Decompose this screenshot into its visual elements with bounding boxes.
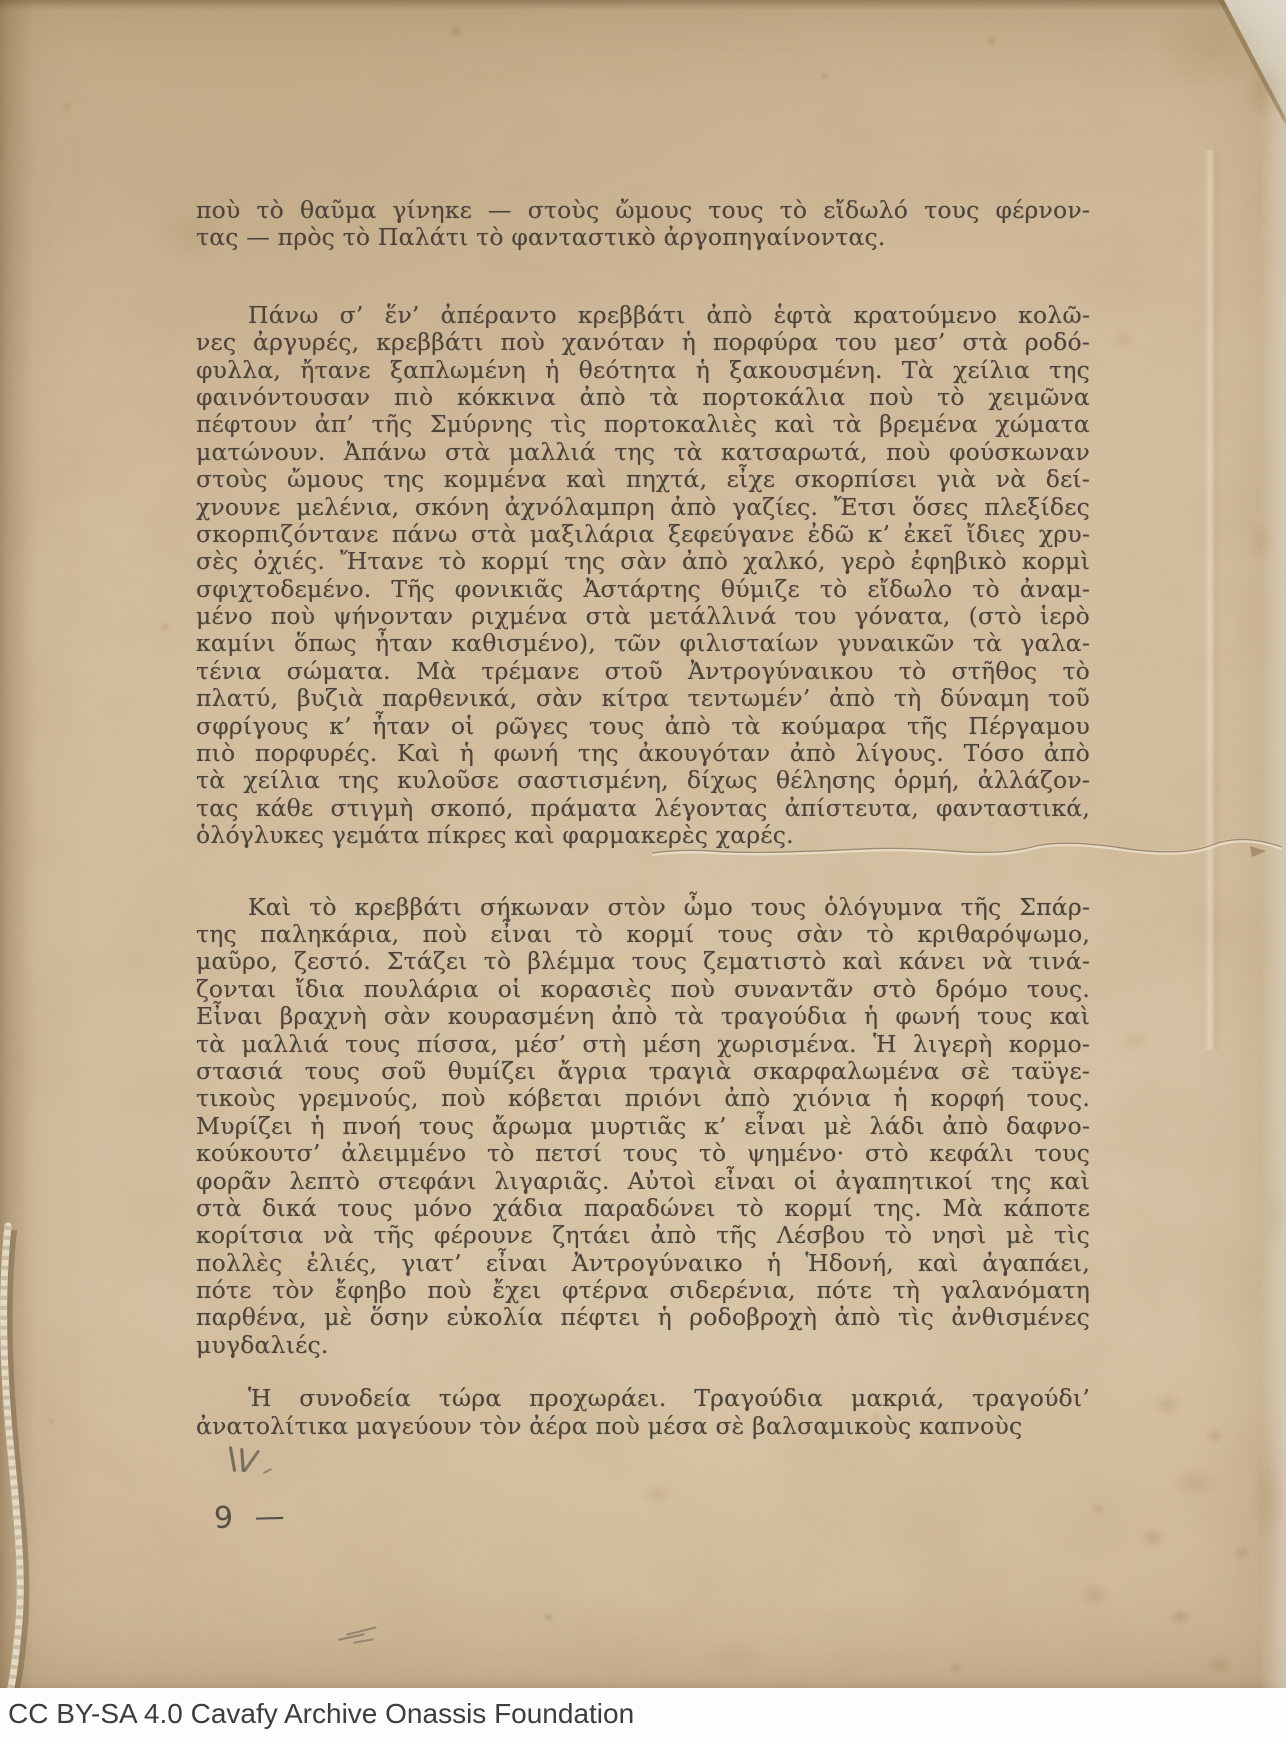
left-edge-shading bbox=[0, 0, 34, 1688]
text-line: παρθένα, μὲ ὅσην εὐκολία πέφτει ἡ ροδοβρ… bbox=[196, 1304, 1090, 1331]
text-line: ποὺ τὸ θαῦμα γίνηκε — στοὺς ὤμους τους τ… bbox=[196, 197, 1090, 224]
text-line: Εἶναι βραχνὴ σὰν κουρασμένη ἀπὸ τὰ τραγο… bbox=[196, 1003, 1090, 1030]
binding-thread bbox=[0, 1222, 44, 1692]
foxing-stain bbox=[60, 100, 74, 112]
pencil-scribble bbox=[263, 1468, 272, 1474]
foxing-stain bbox=[448, 24, 464, 38]
text-line: τένια σώματα. Μὰ τρέμανε στοῦ Ἀντρογύναι… bbox=[196, 658, 1090, 685]
foxing-stain bbox=[1090, 1502, 1106, 1516]
text-line: Ἡ συνοδεία τώρα προχωράει. Τραγούδια μακ… bbox=[196, 1385, 1090, 1412]
text-line: ὁλόγλυκες γεμάτα πίκρες καὶ φαρμακερὲς χ… bbox=[196, 822, 1090, 849]
text-line: πότε τὸν ἔφηβο ποὺ ἔχει φτέρνα σιδερένια… bbox=[196, 1277, 1090, 1304]
text-line: σφιχτοδεμένο. Τῆς φονικιᾶς Ἀστάρτης θύμι… bbox=[196, 576, 1090, 603]
foxing-stain bbox=[1205, 1655, 1233, 1675]
foxing-stain bbox=[640, 1482, 674, 1506]
page-number: 9 — bbox=[214, 1499, 292, 1536]
text-line: κορίτσια νὰ τῆς φέρουνε ζητάει ἀπὸ τῆς Λ… bbox=[196, 1222, 1090, 1249]
page-text: ποὺ τὸ θαῦμα γίνηκε — στοὺς ὤμους τους τ… bbox=[196, 197, 1090, 1440]
foxing-stain bbox=[160, 622, 170, 631]
text-line: χνουνε μελένια, σκόνη ἀχνόλαμπρη ἀπὸ γαζ… bbox=[196, 494, 1090, 521]
text-line: τὰ χείλια της κυλοῦσε σαστισμένη, δίχως … bbox=[196, 767, 1090, 794]
text-line: νες ἀργυρές, κρεββάτι ποὺ χανόταν ἡ πορφ… bbox=[196, 329, 1090, 356]
pencil-scribble bbox=[240, 1448, 245, 1472]
text-line: σκορπιζόντανε πάνω στὰ μαξιλάρια ξεφεύγα… bbox=[196, 521, 1090, 548]
foxing-stain bbox=[1172, 1466, 1218, 1500]
text-line: φυλλα, ἤτανε ξαπλωμένη ἡ θεότητα ἡ ξακου… bbox=[196, 357, 1090, 384]
text-line: μένο ποὺ ψήνονταν ριχμένα στὰ μετάλλινά … bbox=[196, 603, 1090, 630]
paragraph: Πάνω σ’ ἕν’ ἀπέραντο κρεββάτι ἀπὸ ἑφτὰ κ… bbox=[196, 302, 1090, 850]
foxing-stain bbox=[1262, 1180, 1286, 1250]
scratch-mark bbox=[338, 1633, 365, 1641]
right-edge-highlight bbox=[1260, 0, 1286, 1688]
foxing-stain bbox=[48, 1418, 55, 1425]
scratch-mark bbox=[346, 1626, 377, 1635]
pencil-scribble bbox=[229, 1446, 236, 1472]
text-line: Καὶ τὸ κρεββάτι σήκωναν στὸν ὦμο τους ὁλ… bbox=[196, 894, 1090, 921]
foxing-stain bbox=[1110, 330, 1136, 350]
paragraph: Ἡ συνοδεία τώρα προχωράει. Τραγούδια μακ… bbox=[196, 1385, 1090, 1440]
paragraph: ποὺ τὸ θαῦμα γίνηκε — στοὺς ὤμους τους τ… bbox=[196, 197, 1090, 252]
text-line: στὰ δικά τους μόνο χάδια παραδώνει τὸ κο… bbox=[196, 1195, 1090, 1222]
text-line: τας — πρὸς τὸ Παλάτι τὸ φανταστικὸ ἀργοπ… bbox=[196, 224, 1090, 251]
license-text: CC BY-SA 4.0 Cavafy Archive Onassis Foun… bbox=[8, 1698, 634, 1730]
foxing-stain bbox=[1168, 1608, 1192, 1626]
foxing-stain bbox=[1140, 1528, 1166, 1548]
text-line: ζονται ἴδια πουλάρια οἱ κορασιὲς ποὺ συν… bbox=[196, 976, 1090, 1003]
text-line: τικοὺς γρεμνούς, ποὺ κόβεται πριόνι ἀπὸ … bbox=[196, 1085, 1090, 1112]
foxing-stain bbox=[1248, 1452, 1286, 1542]
paper-background: ποὺ τὸ θαῦμα γίνηκε — στοὺς ὤμους τους τ… bbox=[0, 0, 1286, 1688]
text-line: στασιά τους σοῦ θυμίζει ἄγρια τραγιὰ σκα… bbox=[196, 1058, 1090, 1085]
text-line: ἀνατολίτικα μαγεύουν τὸν ἀέρα ποὺ μέσα σ… bbox=[196, 1413, 1090, 1440]
foxing-stain bbox=[1246, 520, 1276, 564]
text-line: φορᾶν λεπτὸ στεφάνι λιγαριᾶς. Αὐτοὶ εἶνα… bbox=[196, 1168, 1090, 1195]
text-line: πλατύ, βυζιὰ παρθενικά, σὰν κίτρα τεντωμ… bbox=[196, 685, 1090, 712]
text-line: πέφτουν ἀπ’ τῆς Σμύρνης τὶς πορτοκαλιὲς … bbox=[196, 411, 1090, 438]
paragraph: Καὶ τὸ κρεββάτι σήκωναν στὸν ὦμο τους ὁλ… bbox=[196, 894, 1090, 1360]
text-line: Μυρίζει ἡ πνοή τους ἄρωμα μυρτιᾶς κ’ εἶν… bbox=[196, 1113, 1090, 1140]
vertical-crease bbox=[1204, 150, 1222, 1050]
text-line: μυγδαλιές. bbox=[196, 1332, 1090, 1359]
foxing-stain bbox=[1078, 1582, 1112, 1608]
text-line: πιὸ πορφυρές. Καὶ ἡ φωνή της ἀκουγόταν ἀ… bbox=[196, 740, 1090, 767]
text-line: τας κάθε στιγμὴ σκοπό, πράματα λέγοντας … bbox=[196, 795, 1090, 822]
top-edge-shading bbox=[0, 0, 1286, 10]
text-line: φαινόντουσαν πιὸ κόκκινα ἀπὸ τὰ πορτοκάλ… bbox=[196, 384, 1090, 411]
text-line: στοὺς ὤμους της κομμένα καὶ πηχτά, εἶχε … bbox=[196, 466, 1090, 493]
text-line: τὰ μαλλιά τους πίσσα, μέσ’ στὴ μέση χωρι… bbox=[196, 1031, 1090, 1058]
text-line: Πάνω σ’ ἕν’ ἀπέραντο κρεββάτι ἀπὸ ἑφτὰ κ… bbox=[196, 302, 1090, 329]
foxing-stain bbox=[948, 1662, 964, 1674]
scanned-page: ποὺ τὸ θαῦμα γίνηκε — στοὺς ὤμους τους τ… bbox=[0, 0, 1286, 1739]
foxing-stain bbox=[820, 72, 829, 81]
pencil-scribble bbox=[243, 1449, 260, 1472]
foxing-stain bbox=[1120, 1028, 1150, 1052]
foxing-stain bbox=[1232, 1545, 1252, 1561]
foxing-stain bbox=[1153, 1392, 1183, 1416]
text-line: πολλὲς ἐλιές, γιατ’ εἶναι Ἀντρογύναικο ἡ… bbox=[196, 1250, 1090, 1277]
foxing-stain bbox=[986, 36, 997, 46]
text-line: σφρίγους κ’ ἦταν οἱ ρῶγες τους ἀπὸ τὰ κο… bbox=[196, 713, 1090, 740]
foxing-stain bbox=[543, 1612, 554, 1622]
text-line: καμίνι ὅπως ἦταν καθισμένο), τῶν φιλιστα… bbox=[196, 630, 1090, 657]
foxing-stain bbox=[700, 1640, 764, 1670]
foxing-stain bbox=[1256, 1380, 1286, 1680]
foxing-stain bbox=[1205, 1428, 1225, 1444]
text-line: ματώνουν. Ἀπάνω στὰ μαλλιά της τὰ κατσαρ… bbox=[196, 439, 1090, 466]
text-line: σὲς ὀχιές. Ἤτανε τὸ κορμί της σὰν ἀπὸ χα… bbox=[196, 548, 1090, 575]
text-line: της παληκάρια, ποὺ εἶναι τὸ κορμί τους σ… bbox=[196, 921, 1090, 948]
license-bar: CC BY-SA 4.0 Cavafy Archive Onassis Foun… bbox=[0, 1688, 1286, 1739]
scratch-mark bbox=[353, 1638, 374, 1644]
text-line: μαῦρο, ζεστό. Στάζει τὸ βλέμμα τους ζεμα… bbox=[196, 948, 1090, 975]
text-line: κούκουτσ’ ἀλειμμένο τὸ πετσί τους τὸ ψημ… bbox=[196, 1140, 1090, 1167]
